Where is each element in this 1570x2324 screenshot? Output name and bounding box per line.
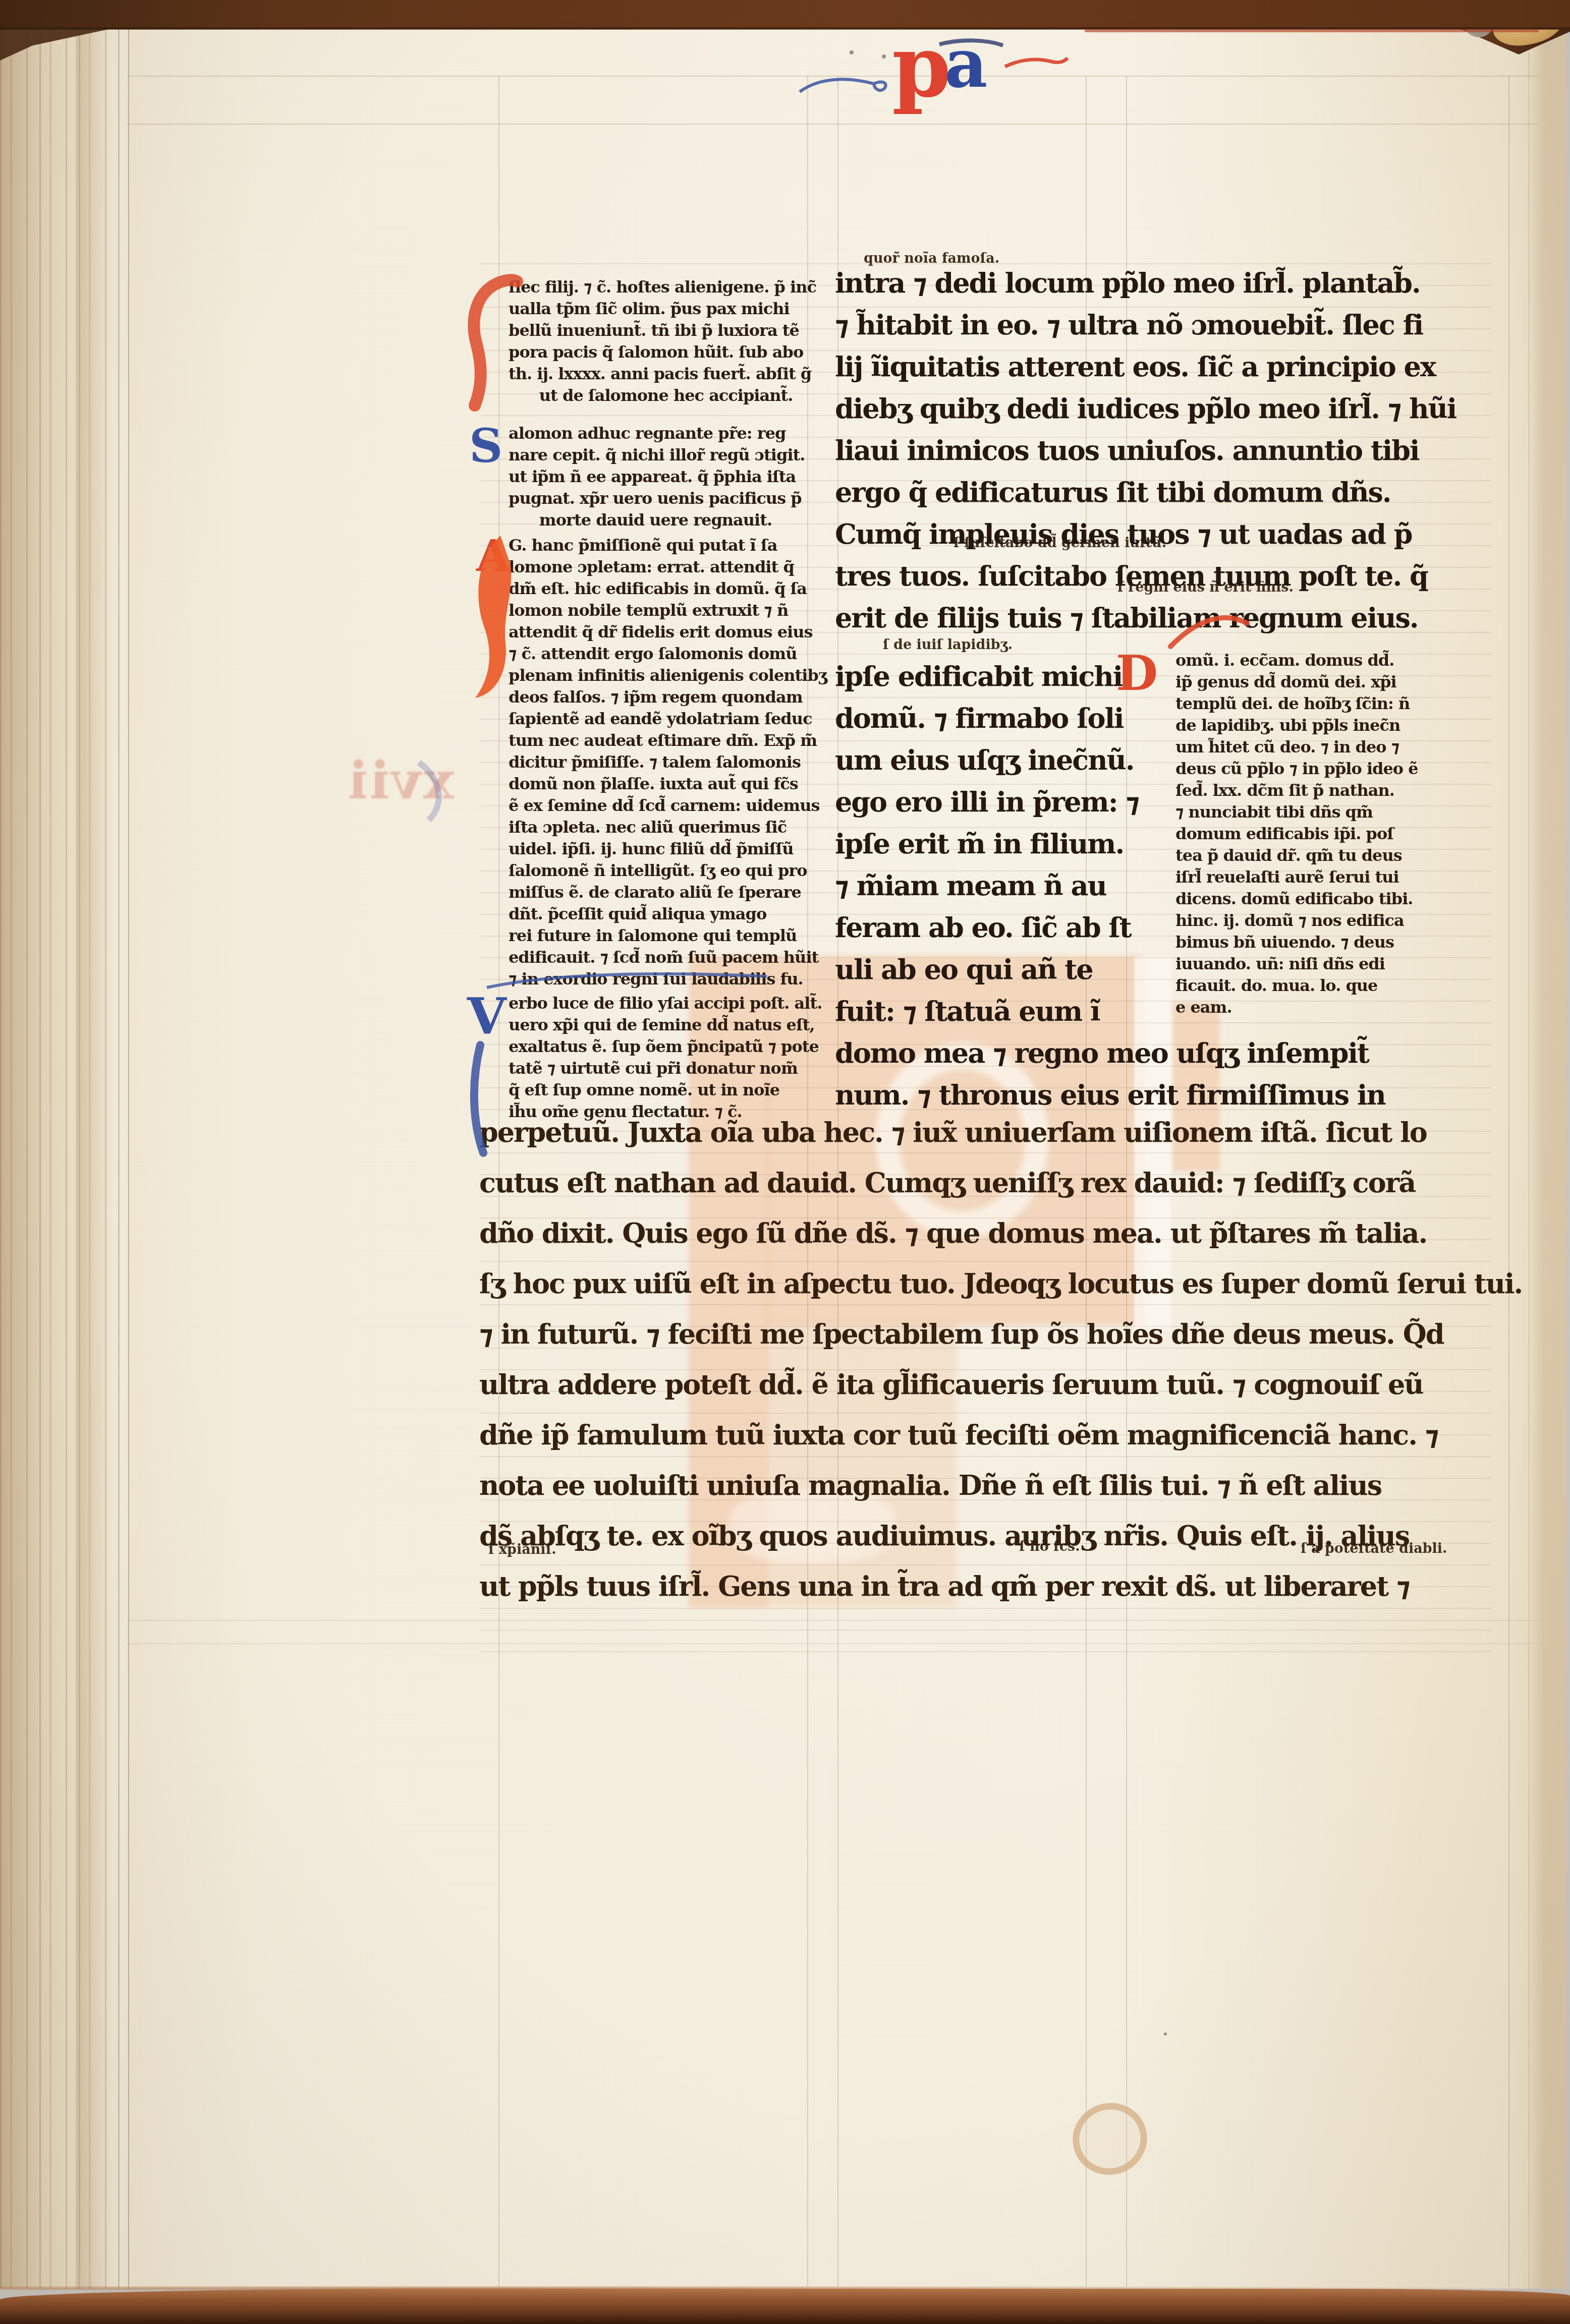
right-gloss: omũ. i. ecc̃am. domus dd̃.ip̃ genus dd̃ … xyxy=(1175,650,1488,1018)
text-line: miſſus ẽ. de clarato aliũ ſe ſperare xyxy=(509,882,842,903)
text-line: attendit q̃ dr̃ fidelis erit domus eius xyxy=(509,621,842,643)
text-line: bellũ inueniunt̃. tñ ibi p̃ luxiora tẽ xyxy=(509,320,842,341)
text-line: dñe ip̃ famulum tuũ iuxta cor tuũ feciſt… xyxy=(479,1410,1503,1460)
text-line: ipſe erit m̃ in filium. xyxy=(835,823,1133,865)
text-line: edificauit. ⁊ ſcd̃ nom̃ ſuũ pacem hũit xyxy=(509,947,842,968)
text-line: plenam infinitis alienigenis colentibʒ xyxy=(509,665,842,686)
ruling-vertical-6 xyxy=(1508,76,1509,2287)
text-line: templũ dei. de hoĩbʒ ſc̃in: ñ xyxy=(1175,693,1488,715)
text-line: uidel. ip̃ſi. ij. hunc filiũ dd̃ p̃miſſũ xyxy=(509,838,842,860)
ruling-header-line-1 xyxy=(81,76,1538,77)
text-line: domum edificabis ip̃i. poſ xyxy=(1175,823,1488,845)
text-line: th. ij. lxxxx. anni pacis fuert̃. abſit … xyxy=(509,363,842,385)
ruling-lower-line-1 xyxy=(81,1620,1538,1621)
text-line: pora pacis q̃ ſalomon hũit. ſub abo xyxy=(509,341,842,363)
text-line: ⁊ m̃iam meam ñ au xyxy=(835,865,1133,907)
bible-text-narrow: ipſe edificabit michidomũ. ⁊ firmabo ſol… xyxy=(835,656,1133,1032)
text-line: ficauit. do. mua. lo. que xyxy=(1175,975,1488,997)
ink-speck-3 xyxy=(1164,2032,1167,2036)
initial-s-blue: S xyxy=(469,419,502,473)
fore-edge xyxy=(1529,35,1566,2289)
text-line: domũ. ⁊ firmabo ſoli xyxy=(835,698,1133,739)
text-line: liaui inimicos tuos uniuſos. annuntio ti… xyxy=(835,430,1491,472)
gutter-fold-highlight xyxy=(76,29,129,2289)
text-line: dicens. domũ edificabo tibi. xyxy=(1175,888,1488,910)
left-gloss-section-3: G. hanc p̃miſſionẽ qui putat ĩ ſalomone … xyxy=(509,535,842,990)
text-line: um eius uſqʒ inec̃nũ. xyxy=(835,739,1133,781)
text-line: ſlec filij. ⁊ c̃. hoſtes alienigene. p̃ … xyxy=(509,276,842,298)
text-line: ergo q̃ edificaturus ſit tibi domum dñs. xyxy=(835,472,1491,513)
ink-speck-1 xyxy=(850,50,854,54)
ink-speck-2 xyxy=(882,54,886,59)
text-line: dm̃ eſt. hic edificabis in domũ. q̃ ſa xyxy=(509,578,842,600)
text-line: uli ab eo qui añ te xyxy=(835,949,1133,991)
text-line: diebʒ quibʒ dedi iudices pp̃lo meo iſrl̃… xyxy=(835,388,1491,430)
text-line: dño dixit. Quis ego ſũ dñe ds̃. ⁊ que do… xyxy=(479,1208,1503,1258)
text-line: bimus bñ uiuendo. ⁊ deus xyxy=(1175,932,1488,953)
left-gloss-section-1: ſlec filij. ⁊ c̃. hoſtes alienigene. p̃ … xyxy=(509,276,842,406)
text-line: um h̃itet cũ deo. ⁊ in deo ⁊ xyxy=(1175,736,1488,758)
text-line: ſalomonẽ ñ intelligũt. ſʒ eo qui pro xyxy=(509,860,842,882)
ruling-lower-line-2 xyxy=(81,1643,1538,1644)
text-line: alomon adhuc regnante pr̃e: reg xyxy=(509,423,842,444)
text-line: ſed̃. lxx. dc̃m ſit p̃ nathan. xyxy=(1175,780,1488,801)
text-line: ſʒ hoc pux uiſũ eſt in aſpectu tuo. Jdeo… xyxy=(479,1258,1503,1309)
text-line: dicitur p̃miſiſſe. ⁊ talem ſalomonis xyxy=(509,751,842,773)
binding-top-edge xyxy=(0,0,1570,29)
ruling-header-line-2 xyxy=(81,124,1538,125)
text-line: rei future in ſalomone qui templũ xyxy=(509,925,842,947)
initial-d-red: D xyxy=(1116,645,1158,702)
text-line: iſrl̃ reuelaſti aurẽ ſerui tui xyxy=(1175,866,1488,888)
text-line: ip̃ genus dd̃ domũ dei. xp̃i xyxy=(1175,671,1488,693)
text-line: lomone ɔpletam: errat. attendit q̃ xyxy=(509,556,842,578)
text-line: ⁊ in exordio regni ſui laudabilis fu. xyxy=(509,968,842,990)
text-line: erit de filijs tuis ⁊ ſtabiliam regnum e… xyxy=(835,597,1491,639)
text-line: lomon nobile templũ extruxit ⁊ ñ xyxy=(509,600,842,621)
text-line: ⁊ nunciabit tibi dñs qm̃ xyxy=(1175,801,1488,823)
text-line: omũ. i. ecc̃am. domus dd̃. xyxy=(1175,650,1488,671)
text-line: cutus eſt nathan ad dauid. Cumqʒ ueniſſʒ… xyxy=(479,1157,1503,1208)
text-line: ego ero illi in p̃rem: ⁊ xyxy=(835,781,1133,823)
text-line: ſapientẽ ad eandẽ ydolatriam ſeduc xyxy=(509,708,842,730)
left-gloss-section-2: alomon adhuc regnante pr̃e: regnare cepi… xyxy=(509,423,842,531)
text-line: dñt. p̃ceſſit quid̃ aliqua ymago xyxy=(509,903,842,925)
initial-v-blue: V xyxy=(467,986,507,1046)
text-line: ut pp̃ls tuus iſrl̃. Gens una in t̃ra ad… xyxy=(479,1561,1503,1611)
bible-text-wide-2: domo mea ⁊ regno meo uſqʒ inſempit̃num. … xyxy=(835,1032,1491,1116)
text-line: iuuando. uñ: niſi dñs edi xyxy=(1175,953,1488,975)
text-line: ut de ſalomone hec accipiant̃. xyxy=(509,385,842,406)
rubric-lapidibus: ſ de iuiſ lapidibʒ. xyxy=(883,637,1013,653)
text-line: ut ip̃m ñ ee appareat. q̃ p̃phia iſta xyxy=(509,466,842,488)
text-line: e eam. xyxy=(1175,997,1488,1018)
text-line: iſta ɔpleta. nec aliũ querimus ſic̃ xyxy=(509,817,842,838)
text-line: exaltatus ẽ. ſup õem p̃ncipatũ ⁊ pote xyxy=(509,1036,842,1058)
text-line: nota ee uoluiſti uniuſa magnalia. Dñe ñ … xyxy=(479,1460,1503,1510)
text-line: ⁊ h̃itabit in eo. ⁊ ultra nõ ɔmouebit̃. … xyxy=(835,304,1491,346)
text-line: ds̃ abſqʒ te. ex oĩbʒ quos audiuimus. au… xyxy=(479,1510,1503,1561)
initial-a-red: A xyxy=(476,531,510,582)
text-line: nare cepit. q̃ nichi illor̃ regũ ɔtigit. xyxy=(509,444,842,466)
running-header-letter-p: p xyxy=(892,26,951,107)
text-line: domo mea ⁊ regno meo uſqʒ inſempit̃ xyxy=(835,1032,1491,1074)
text-line: intra ⁊ dedi locum pp̃lo meo iſrl̃. plan… xyxy=(835,262,1491,304)
text-line: ualla tp̃m ſic̃ olim. p̃us pax michi xyxy=(509,298,842,320)
numeral-red-part: xvii xyxy=(346,750,454,811)
text-line: de lapidibʒ. ubi pp̃ls inec̃n xyxy=(1175,715,1488,736)
running-header-letter-a: a xyxy=(944,31,988,97)
text-line: ultra addere poteſt dd̃. ẽ ita gl̃ificau… xyxy=(479,1359,1503,1410)
text-line: feram ab eo. ſic̃ ab ſt xyxy=(835,907,1133,949)
text-line: morte dauid uere regnauit. xyxy=(509,509,842,531)
text-line: fuit: ⁊ ſtatuã eum ĩ xyxy=(835,991,1133,1032)
bible-text-wide: intra ⁊ dedi locum pp̃lo meo iſrl̃. plan… xyxy=(835,262,1491,639)
text-line: deus cũ pp̃lo ⁊ in pp̃lo ideo ẽ xyxy=(1175,758,1488,780)
bible-text-bottom-block: perpetuũ. Juxta oĩa uba hec. ⁊ iux̃ uniu… xyxy=(479,1107,1503,1611)
text-line: perpetuũ. Juxta oĩa uba hec. ⁊ iux̃ uniu… xyxy=(479,1107,1503,1157)
text-line: ⁊ c̃. attendit ergo ſalomonis domũ xyxy=(509,643,842,665)
manuscript-photo: xvii p a quor̃ noĩa famoſa. ſ ſuſcitabo … xyxy=(0,0,1570,2324)
text-line: domũ non p̃laſſe. iuxta aut̃ qui fc̃s xyxy=(509,773,842,795)
text-line: ipſe edificabit michi xyxy=(835,656,1133,698)
show-through-chapter-numeral: xvii xyxy=(272,750,454,821)
binding-red-edge-line xyxy=(1085,29,1539,32)
text-line: tres tuos. ſuſcitabo ſemen tuum poſt te.… xyxy=(835,555,1491,597)
text-line: G. hanc p̃miſſionẽ qui putat ĩ ſa xyxy=(509,535,842,556)
text-line: lij ĩiquitatis atterent eos. ſic̃ a prin… xyxy=(835,346,1491,388)
text-line: tum nec audeat eſtimare dm̃. Exp̃ m̃ xyxy=(509,730,842,751)
text-line: tatẽ ⁊ uirtutẽ cui pr̃i donatur nom̃ xyxy=(509,1058,842,1079)
text-line: pugnat. xp̃r uero uenis pacificus p̃ xyxy=(509,488,842,509)
text-line: deos falſos. ⁊ ip̃m regem quondam xyxy=(509,686,842,708)
binding-bottom-edge xyxy=(0,2289,1570,2324)
text-line: ⁊ in futurũ. ⁊ feciſti me ſpectabilem ſu… xyxy=(479,1309,1503,1359)
left-gloss-section-4: erbo luce de filio yſai accipi poſt. alt… xyxy=(509,993,842,1123)
text-line: erbo luce de filio yſai accipi poſt. alt… xyxy=(509,993,842,1014)
text-line: Cumq̃ impleuis dies tuos ⁊ ut uadas ad p… xyxy=(835,513,1491,555)
text-line: hinc. ij. domũ ⁊ nos edifica xyxy=(1175,910,1488,932)
text-line: ẽ ex ſemine dd̃ ſcd̃ carnem: uidemus xyxy=(509,795,842,817)
text-line: tea p̃ dauid dr̃. qm̃ tu deus xyxy=(1175,845,1488,866)
text-line: uero xp̃i qui de ſemine dd̃ natus eſt, xyxy=(509,1014,842,1036)
text-line: q̃ eſt ſup omne nomẽ. ut in noĩe xyxy=(509,1079,842,1101)
